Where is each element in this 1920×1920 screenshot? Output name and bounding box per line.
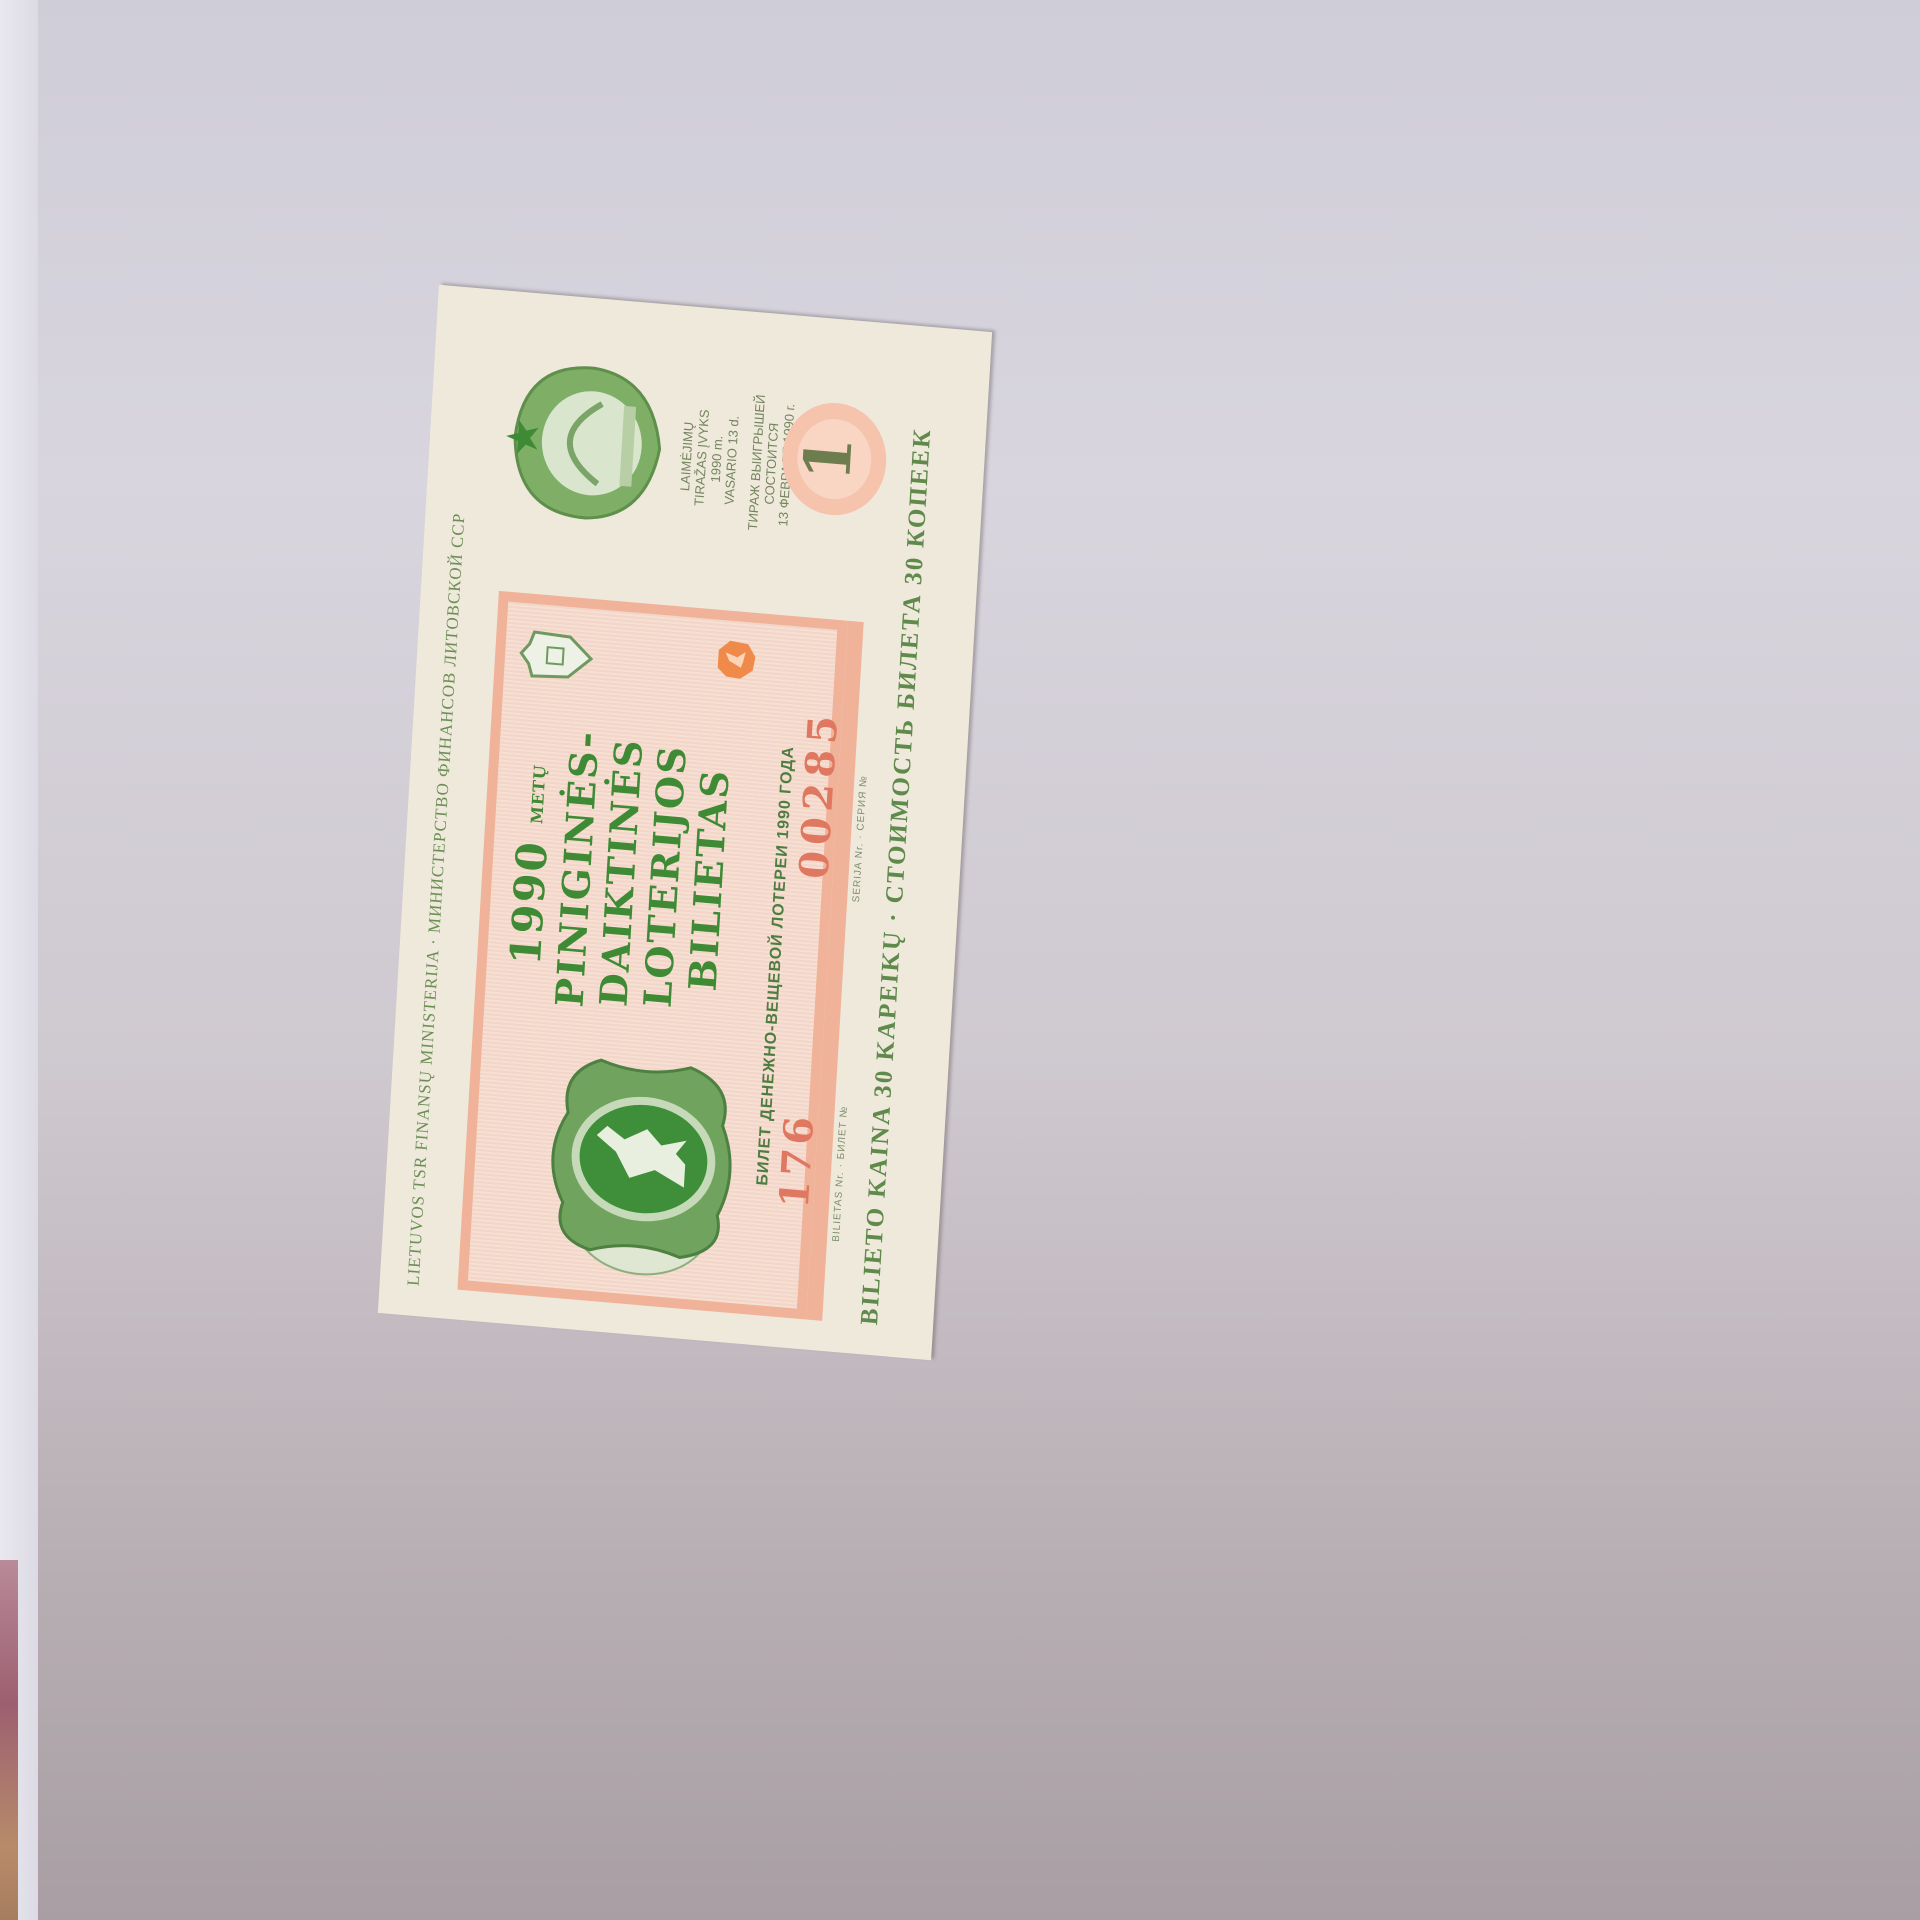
ticket-headline: 1990 METŲ PINIGINĖS- DAIKTINĖS LOTERIJOS…	[502, 708, 744, 1037]
draw-number-rosette: 1	[776, 394, 893, 523]
lottery-ticket: LIETUVOS TSR FINANSŲ MINISTERIJA · МИНИС…	[378, 285, 992, 1361]
background-fabric	[0, 1560, 18, 1920]
orange-vytis-badge-icon	[714, 638, 758, 684]
series-number: 176	[771, 1111, 824, 1210]
ticket-label: SERIJA Nr. · СЕРИЯ №	[851, 775, 870, 903]
headline-year: 1990	[501, 838, 557, 967]
vytis-emblem-icon	[529, 1040, 752, 1288]
gediminas-pillars-shield-icon	[517, 623, 600, 690]
draw-number: 1	[788, 395, 870, 521]
lithuanian-ssr-coat-of-arms-icon	[494, 341, 675, 545]
headline-year-suffix: METŲ	[527, 763, 549, 824]
ticket-number: 00285	[790, 708, 847, 881]
